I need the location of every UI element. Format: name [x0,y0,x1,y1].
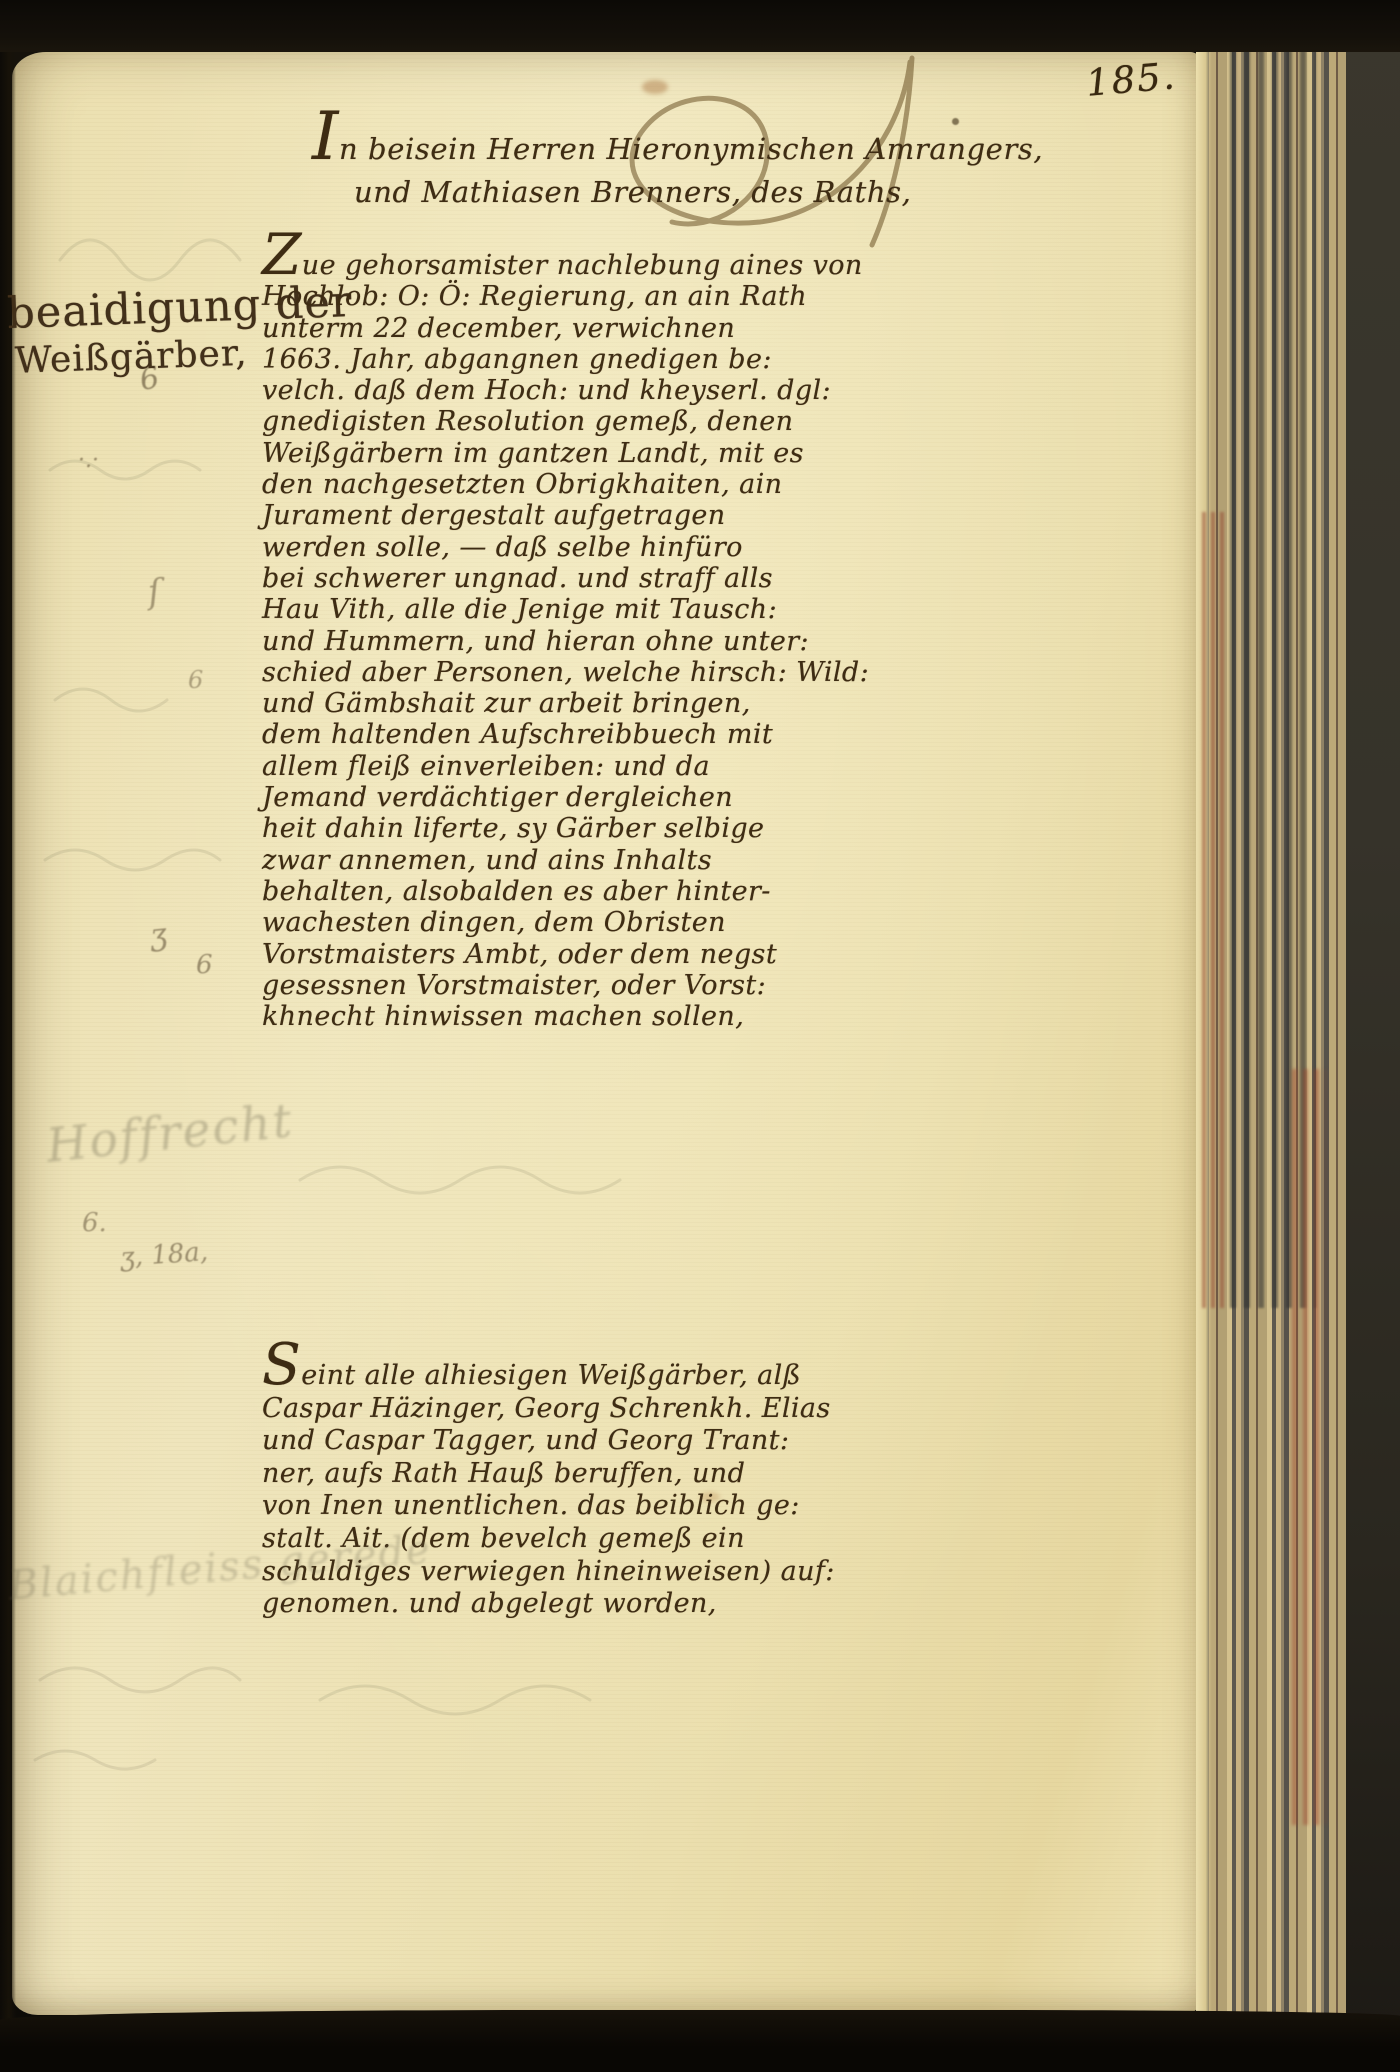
text-line: Seint alle alhiesigen Weißgärber, alß [262,1360,962,1393]
text-line: von Inen unentlichen. das beiblich ge: [262,1490,962,1523]
margin-ink-mark: ʒ, 18a, [119,1237,209,1273]
text-line: Zue gehorsamister nachlebung aines von [262,250,942,281]
text-line: behalten, alsobalden es aber hinter- [262,876,942,907]
text-line: gesessnen Vorstmaister, oder Vorst: [262,970,942,1001]
text-line: genomen. und abgelegt worden, [262,1588,962,1621]
margin-ink-mark: ·.· [78,448,99,473]
text-line: Jurament dergestalt aufgetragen [262,500,942,531]
paragraph-2: Seint alle alhiesigen Weißgärber, alßCas… [262,1360,962,1621]
text-line: khnecht hinwissen machen sollen, [262,1001,942,1032]
paragraph-1: Zue gehorsamister nachlebung aines vonHo… [262,250,942,1032]
text-line: ner, aufs Rath Hauß beruffen, und [262,1458,962,1491]
text-line: zwar annemen, und ains Inhalts [262,845,942,876]
text-line: Caspar Häzinger, Georg Schrenkh. Elias [262,1393,962,1426]
text-line: Vorstmaisters Ambt, oder dem negst [262,939,942,970]
margin-ink-mark: ʒ [148,917,169,954]
text-line: allem fleiß einverleiben: und da [262,751,942,782]
text-line: den nachgesetzten Obrigkhaiten, ain [262,469,942,500]
text-line: werden solle, — daß selbe hinfüro [262,532,942,563]
text-line: Hau Vith, alle die Jenige mit Tausch: [262,594,942,625]
ink-dot [952,118,959,125]
text-line: bei schwerer ungnad. und straff alls [262,563,942,594]
text-line: schied aber Personen, welche hirsch: Wil… [262,657,942,688]
text-line: heit dahin liferte, sy Gärber selbige [262,813,942,844]
text-line: gnedigisten Resolution gemeß, denen [262,406,942,437]
text-line: dem haltenden Aufschreibbuech mit [262,719,942,750]
margin-ink-mark: 6 [196,950,213,980]
heading: In beisein Herren Hieronymischen Amrange… [312,128,1043,214]
manuscript-photo: 185. In beisein Herren Hieronymischen Am… [0,0,1400,2072]
text-line: wachesten dingen, dem Obristen [262,907,942,938]
heading-line: und Mathiasen Brenners, des Raths, [354,171,1043,214]
text-line: Weißgärbern im gantzen Landt, mit es [262,438,942,469]
margin-ink-mark: 6. [82,1208,107,1238]
margin-ink-mark: 6 [188,666,203,694]
text-line: und Caspar Tagger, und Georg Trant: [262,1425,962,1458]
foxing-spot [642,80,668,94]
text-line: 1663. Jahr, abgangnen gnedigen be: [262,344,942,375]
text-line: und Hummern, und hieran ohne unter: [262,626,942,657]
text-line: unterm 22 december, verwichnen [262,313,942,344]
text-line: Hochlob: O: Ö: Regierung, an ain Rath [262,281,942,312]
text-line: Jemand verdächtiger dergleichen [262,782,942,813]
text-line: velch. daß dem Hoch: und kheyserl. dgl: [262,375,942,406]
page-number: 185. [1084,54,1178,105]
text-line: und Gämbshait zur arbeit bringen, [262,688,942,719]
heading-line: In beisein Herren Hieronymischen Amrange… [312,128,1043,171]
